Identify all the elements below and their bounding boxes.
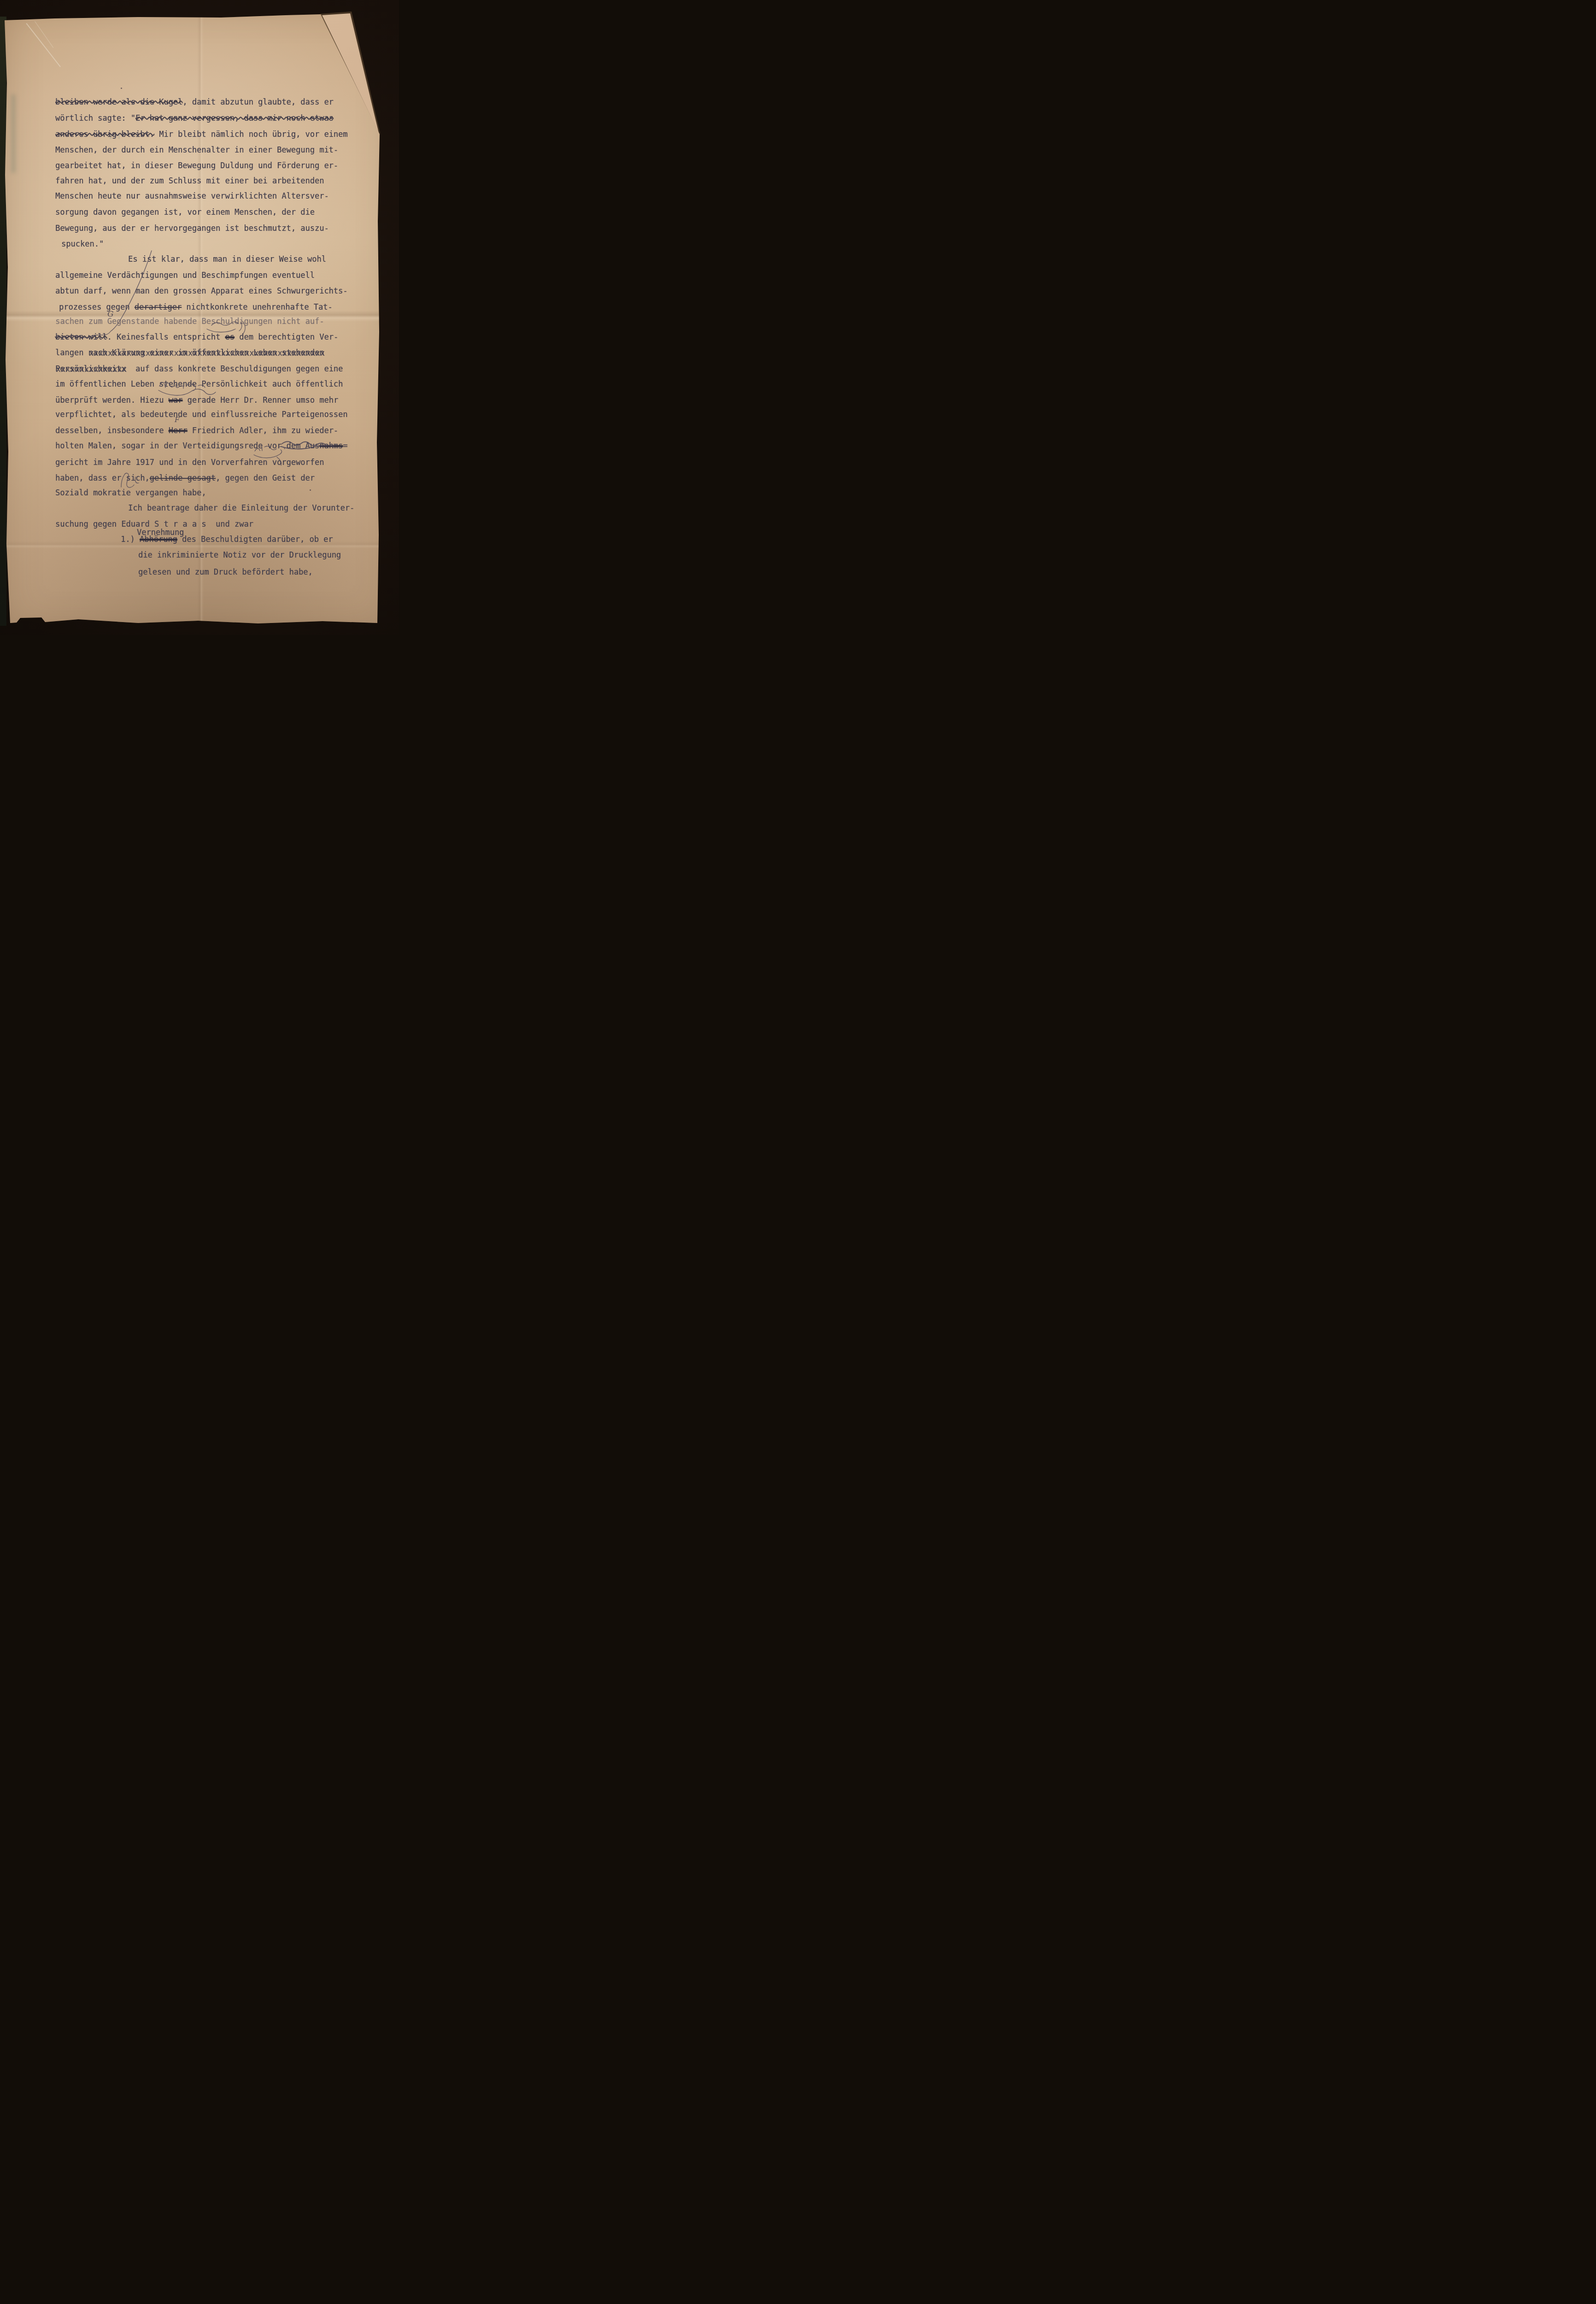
overtyped-text: nach Klärung einer im öffentlichen Leben…: [88, 348, 324, 358]
struck-text: Er hat ganz vergessen, dass mir noch etw…: [135, 114, 334, 123]
overtype-x-row: xxxxxxxxxxxxxxxxxxxxxxxxxxxxxxxxxxxxxxxx…: [89, 349, 325, 358]
typed-text: auf dass konkrete Beschuldigungen gegen …: [126, 364, 343, 374]
typed-text: suchung gegen Eduard S t r a a s und zwa…: [55, 520, 253, 529]
typed-text: Mir bleibt nämlich noch übrig, vor einem: [154, 130, 348, 139]
typed-line: Menschen heute nur ausnahmsweise verwirk…: [55, 192, 329, 201]
typed-line: gericht im Jahre 1917 und in den Vorverf…: [55, 458, 324, 467]
typed-line-faded: sachen zum Gegenstande habende Beschuldi…: [55, 317, 324, 326]
typed-line: anderes übrig bleibt. Mir bleibt nämlich…: [55, 130, 348, 139]
struck-text: Abhörung: [140, 535, 177, 544]
typed-line: gearbeitet hat, in dieser Bewegung Duldu…: [55, 161, 338, 170]
typed-line: überprüft werden. Hiezu war gerade Herr …: [55, 396, 338, 405]
typed-line: langen nach Klärung einer im öffentliche…: [55, 348, 324, 358]
typed-line: sorgung davon gegangen ist, vor einem Me…: [55, 208, 315, 217]
typed-line: die inkriminierte Notiz vor der Druckleg…: [138, 551, 341, 560]
typed-text: die inkriminierte Notiz vor der Druckleg…: [138, 551, 341, 560]
typed-line: Persönlichkeitxxxxxxxxxxxxxxxx auf dass …: [55, 364, 343, 374]
typed-text: Bewegung, aus der er hervorgegangen ist …: [55, 224, 329, 233]
overtyped-text: Persönlichkeitxxxxxxxxxxxxxxxx: [55, 364, 126, 374]
typed-text: haben, dass er sich,: [55, 474, 150, 483]
typed-text: gericht im Jahre 1917 und in den Vorverf…: [55, 458, 324, 467]
typed-text: wörtlich sagte: ": [55, 114, 135, 123]
typed-text: sorgung davon gegangen ist, vor einem Me…: [55, 208, 315, 217]
typed-text: spucken.": [61, 240, 104, 249]
struck-text: anderes übrig bleibt.: [55, 130, 154, 139]
typed-line: desselben, insbesondere Herr Friedrich A…: [55, 426, 338, 435]
typed-text: . Keinesfalls entspricht: [107, 333, 225, 342]
struck-text: bleiben werde als die Kugel: [55, 98, 182, 107]
struck-text: gelinde gesagt: [150, 474, 216, 483]
typed-line: verpflichtet, als bedeutende und einflus…: [55, 410, 348, 419]
typed-text: des Beschuldigten darüber, ob er: [177, 535, 333, 544]
typed-text: nichtkonkrete unehrenhafte Tat-: [182, 303, 333, 312]
typed-text: prozesses gegen: [59, 303, 135, 312]
typed-text: fahren hat, und der zum Schluss mit eine…: [55, 176, 324, 186]
typed-text: Es ist klar, dass man in dieser Weise wo…: [128, 255, 326, 264]
typed-text: sachen zum Gegenstande habende Beschuldi…: [55, 317, 324, 326]
typed-text: im öffentlichen Leben stehende Persönlic…: [55, 380, 343, 389]
typed-line: im öffentlichen Leben stehende Persönlic…: [55, 380, 343, 389]
typed-text: überprüft werden. Hiezu: [55, 396, 169, 405]
typed-line: suchung gegen Eduard S t r a a s und zwa…: [55, 520, 253, 529]
typed-line: holten Malen, sogar in der Verteidigungs…: [55, 441, 348, 451]
typed-text: , gegen den Geist der: [216, 474, 315, 483]
typed-text: dem berechtigten Ver-: [235, 333, 338, 342]
typed-line: Ich beantrage daher die Einleitung der V…: [128, 504, 354, 513]
backing-sheet-edge: [0, 17, 6, 626]
typed-line: haben, dass er sich,gelinde gesagt, gege…: [55, 474, 315, 483]
typed-line: Menschen, der durch ein Menschenalter in…: [55, 146, 338, 155]
photograph-background: Ill bleiben werde als die Kugel, damit a…: [0, 0, 399, 635]
typed-line: Soziald mokratie vergangen habe,: [55, 488, 206, 498]
typed-line: Bewegung, aus der er hervorgegangen ist …: [55, 224, 329, 233]
typed-text: abtun darf, wenn man den grossen Apparat…: [55, 287, 348, 296]
typed-text: verpflichtet, als bedeutende und einflus…: [55, 410, 348, 419]
typed-line: bieten will. Keinesfalls entspricht es d…: [55, 333, 338, 342]
handwritten-g-correction: G: [107, 310, 114, 319]
typed-text: Menschen heute nur ausnahmsweise verwirk…: [55, 192, 329, 201]
struck-text: bieten will: [55, 333, 107, 342]
typed-line: gelesen und zum Druck befördert habe,: [138, 568, 313, 577]
overtype-x-row: xxxxxxxxxxxxxxx: [56, 365, 127, 374]
struck-text: derartiger: [135, 303, 182, 312]
typed-text: Menschen, der durch ein Menschenalter in…: [55, 146, 338, 155]
typed-line: bleiben werde als die Kugel, damit abzut…: [55, 98, 334, 107]
typed-text: gearbeitet hat, in dieser Bewegung Duldu…: [55, 161, 338, 170]
typed-text-block: bleiben werde als die Kugel, damit abzut…: [0, 0, 399, 635]
typed-text: Ich beantrage daher die Einleitung der V…: [128, 504, 354, 513]
typed-line: Es ist klar, dass man in dieser Weise wo…: [128, 255, 326, 264]
typed-text: allgemeine Verdächtigungen und Beschimpf…: [55, 271, 315, 280]
typed-text: desselben, insbesondere: [55, 426, 169, 435]
typed-text: Soziald mokratie vergangen habe,: [55, 488, 206, 498]
typed-text: Friedrich Adler, ihm zu wieder-: [188, 426, 339, 435]
struck-text: Herr: [169, 426, 188, 435]
struck-text: es: [225, 333, 234, 342]
typed-text: holten Malen, sogar in der Verteidigungs…: [55, 441, 319, 451]
typed-line: wörtlich sagte: "Er hat ganz vergessen, …: [55, 114, 334, 123]
typed-text: gerade Herr Dr. Renner umso mehr: [182, 396, 338, 405]
typed-line: prozesses gegen derartiger nichtkonkrete…: [59, 303, 333, 312]
handwritten-f-correction: F: [175, 416, 179, 424]
struck-text: war: [169, 396, 183, 405]
typed-line: fahren hat, und der zum Schluss mit eine…: [55, 176, 324, 186]
typed-text: =: [343, 441, 347, 451]
struck-overwritten-text: nahms: [319, 441, 343, 451]
document-page: Ill bleiben werde als die Kugel, damit a…: [0, 0, 399, 635]
typed-text: 1.): [121, 535, 140, 544]
typed-line: allgemeine Verdächtigungen und Beschimpf…: [55, 271, 315, 280]
typed-line: abtun darf, wenn man den grossen Apparat…: [55, 287, 348, 296]
typed-text: langen: [55, 348, 88, 358]
typed-text: , damit abzutun glaubte, dass er: [182, 98, 334, 107]
typed-text: gelesen und zum Druck befördert habe,: [138, 568, 313, 577]
typed-list-item: 1.) Abhörung des Beschuldigten darüber, …: [121, 535, 333, 544]
typed-line: spucken.": [61, 240, 104, 249]
